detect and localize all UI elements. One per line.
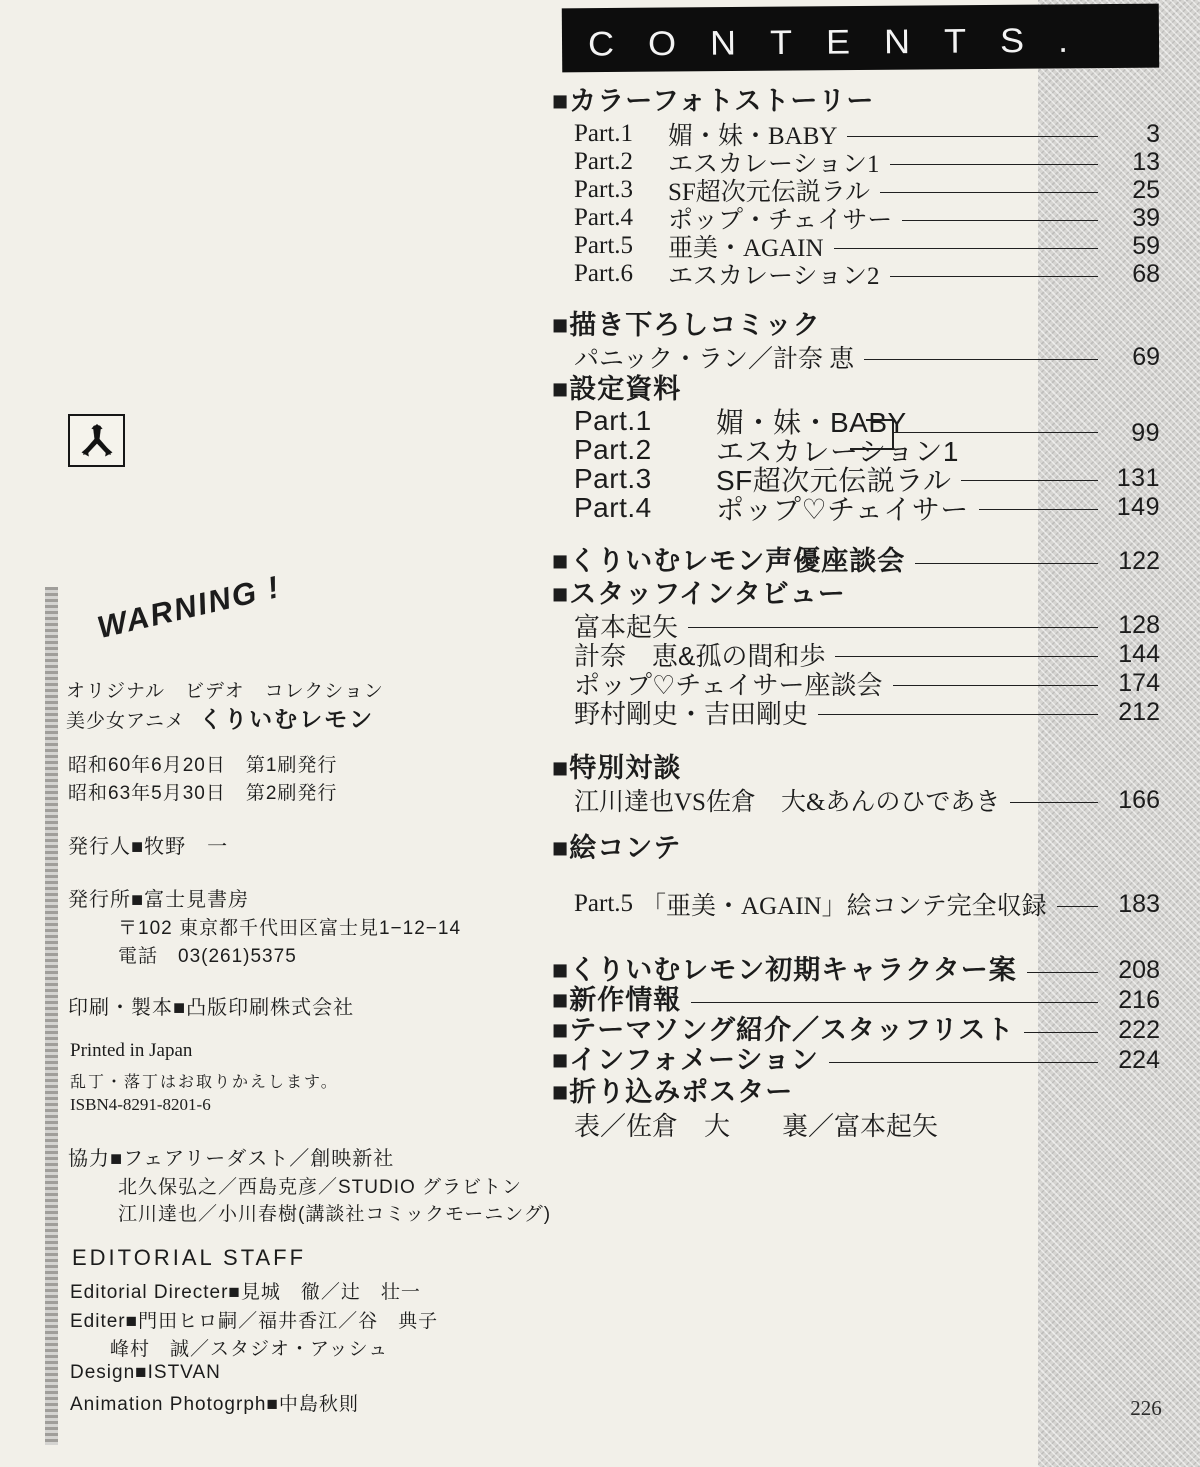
page-number: 226 [1118, 1396, 1174, 1421]
section-title-staff-interview: ■スタッフインタビュー [552, 579, 1160, 609]
toc-entry-theme-song: ■テーマソング紹介／スタッフリスト 222 [552, 1015, 1160, 1045]
toc-entry-part: Part.5 [574, 890, 633, 918]
section-title-shoki-character: ■くりいむレモン初期キャラクター案 [552, 957, 1017, 984]
leader-line [880, 192, 1098, 193]
cooperation-line-1: 協力■フェアリーダスト／創映新社 [68, 1142, 394, 1171]
printed-in-japan: Printed in Japan [70, 1040, 192, 1062]
publisher-office: 発行所■富士見書房 [68, 883, 249, 912]
toc-entry-page: 174 [1104, 669, 1160, 698]
series-title-line: 美少女アニメくりいむレモン [66, 701, 374, 734]
publisher-mark-icon [77, 422, 117, 460]
editorial-staff-header: EDITORIAL STAFF [72, 1245, 306, 1271]
publisher-person: 発行人■牧野 一 [68, 830, 228, 859]
toc-entry-part: Part.4 [574, 492, 716, 524]
leader-line [834, 248, 1098, 249]
cooperation-line-3: 江川達也／小川春樹(講談社コミックモーニング) [118, 1199, 551, 1226]
toc-entry-title: 「亜美・AGAIN」絵コンテ完全収録 [641, 886, 1047, 922]
toc-entry-page: 149 [1104, 493, 1160, 522]
toc-entry-page: 122 [1104, 547, 1160, 576]
toc-entry-page: 224 [1104, 1046, 1160, 1075]
leader-line [915, 563, 1098, 564]
section-title-shinsaku-joho: ■新作情報 [552, 987, 681, 1014]
toc-entry-title: 江川達也VS佐倉 大&あんのひであき [574, 782, 1000, 818]
toc-entry-title: エスカレーション2 [668, 256, 880, 292]
toc-entry-page: 128 [1104, 611, 1160, 640]
toc-entry-page: 68 [1104, 260, 1160, 289]
toc-entry: Part.4 ポップ・チェイサー 39 [574, 204, 1160, 232]
section-title-theme-song: ■テーマソング紹介／スタッフリスト [552, 1017, 1014, 1044]
leader-line [893, 685, 1098, 686]
toc-entry-shoki-character: ■くりいむレモン初期キャラクター案 208 [552, 955, 1160, 985]
toc-entry-page: 222 [1104, 1016, 1160, 1045]
toc-entry-page: 212 [1104, 698, 1160, 727]
toc-entry: 江川達也VS佐倉 大&あんのひであき 166 [574, 785, 1160, 815]
settei-shiryo-items: Part.1 媚・妹・BABY Part.2 エスカレーション1 Part.3 … [552, 406, 1160, 522]
toc-entry-title: 野村剛史・吉田剛史 [574, 694, 808, 731]
toc-entry: 野村剛史・吉田剛史 212 [574, 698, 1160, 727]
toc-entry-part: Part.1 [574, 405, 716, 437]
leader-line [1057, 906, 1098, 907]
table-of-contents: ■カラーフォトストーリー Part.1 媚・妹・BABY 3 Part.2 エス… [552, 84, 1160, 1139]
left-texture-stripe [45, 587, 58, 1445]
toc-entry-page: 166 [1104, 786, 1160, 815]
staff-line-4: Design■ISTVAN [70, 1362, 221, 1384]
toc-entry-part: Part.4 [574, 204, 668, 232]
section-title-color-photo-story: ■カラーフォトストーリー [552, 86, 1160, 116]
toc-entry-page: 25 [1104, 176, 1160, 205]
staff-line-2: Editer■門田ヒロ嗣／福井香江／谷 典子 [70, 1306, 438, 1333]
toc-entry-information: ■インフォメーション 224 [552, 1045, 1160, 1075]
section-title-ekonte: ■絵コンテ [552, 833, 1160, 863]
group-bracket [866, 419, 894, 450]
leader-line [835, 656, 1098, 657]
staff-line-5: Animation Photogrph■中島秋則 [70, 1389, 359, 1416]
publisher-address: 〒102 東京都千代田区富士見1−12−14 [118, 913, 461, 940]
staff-line-1: Editorial Directer■見城 徹／辻 壮一 [70, 1277, 421, 1304]
toc-entry-page: 69 [1104, 343, 1160, 372]
series-prefix: 美少女アニメ [66, 711, 185, 732]
toc-entry: Part.4 ポップ♡チェイサー 149 [574, 493, 1160, 522]
leader-line [961, 480, 1098, 481]
printing-line-2: 昭和63年5月30日 第2刷発行 [68, 778, 337, 805]
toc-entry-page: 144 [1104, 640, 1160, 669]
toc-entry-part: Part.3 [574, 463, 716, 495]
section-title-orikomi-poster: ■折り込みポスター [552, 1077, 1160, 1107]
staff-interview-items: 富本起矢 128 計奈 恵&孤の間和歩 144 ポップ♡チェイサー座談会 174 [552, 611, 1160, 727]
leader-line [829, 1062, 1098, 1063]
toc-entry: Part.5 「亜美・AGAIN」絵コンテ完全収録 183 [574, 889, 1160, 919]
toc-entry-page: 13 [1104, 148, 1160, 177]
staff-line-3: 峰村 誠／スタジオ・アッシュ [110, 1334, 388, 1361]
toc-entry-part: Part.2 [574, 434, 716, 466]
group-bracket-stub [850, 448, 892, 450]
toc-entry-page: 59 [1104, 232, 1160, 261]
poster-credits: 表／佐倉 大 裏／富本起矢 [574, 1109, 1160, 1139]
leader-line [890, 276, 1098, 277]
leader-line [864, 359, 1098, 360]
series-line: オリジナル ビデオ コレクション [66, 676, 384, 703]
toc-entry-page: 216 [1104, 986, 1160, 1015]
returns-notice: 乱丁・落丁はお取りかえします。 [70, 1069, 339, 1092]
toc-entry-page: 39 [1104, 204, 1160, 233]
toc-entry-part: Part.3 [574, 176, 668, 204]
toc-entry-seiyu-zadankai: ■くりいむレモン声優座談会 122 [552, 546, 1160, 576]
toc-entry: パニック・ラン／計奈 恵 69 [574, 342, 1160, 372]
group-page: 99 [1104, 419, 1160, 448]
contents-header-bar: CONTENTS. [562, 4, 1159, 73]
toc-entry-page: 131 [1104, 464, 1160, 493]
leader-line [1024, 1032, 1098, 1033]
printer-line: 印刷・製本■凸版印刷株式会社 [68, 991, 354, 1020]
leader-line [691, 1002, 1098, 1003]
leader-line [902, 220, 1098, 221]
toc-entry-part: Part.6 [574, 260, 668, 288]
warning-label: WARNING ! [94, 569, 284, 646]
toc-page: CONTENTS. ■カラーフォトストーリー Part.1 媚・妹・BABY 3… [0, 0, 1200, 1467]
toc-entry-page: 3 [1104, 120, 1160, 149]
leader-line [818, 714, 1098, 715]
contents-title: CONTENTS. [588, 20, 1102, 64]
toc-entry-title: ポップ♡チェイサー [716, 488, 969, 528]
section-title-information: ■インフォメーション [552, 1047, 819, 1074]
section-title-settei-shiryo: ■設定資料 [552, 374, 1160, 404]
section-title-comic: ■描き下ろしコミック [552, 310, 1160, 340]
toc-entry-title: パニック・ラン／計奈 恵 [574, 339, 854, 375]
isbn: ISBN4-8291-8201-6 [70, 1095, 211, 1115]
publisher-phone: 電話 03(261)5375 [118, 941, 297, 968]
toc-entry: Part.6 エスカレーション2 68 [574, 260, 1160, 288]
publisher-logo [68, 414, 125, 467]
toc-entry-part: Part.2 [574, 148, 668, 176]
leader-line [688, 627, 1098, 628]
section-title-seiyu-zadankai: ■くりいむレモン声優座談会 [552, 548, 905, 575]
series-title: くりいむレモン [199, 706, 374, 732]
leader-line [1027, 972, 1098, 973]
toc-entry-part: Part.5 [574, 232, 668, 260]
color-photo-story-items: Part.1 媚・妹・BABY 3 Part.2 エスカレーション1 13 Pa… [552, 120, 1160, 288]
cooperation-line-2: 北久保弘之／西島克彦／STUDIO グラビトン [118, 1172, 522, 1199]
printing-line-1: 昭和60年6月20日 第1刷発行 [68, 750, 337, 777]
toc-entry-shinsaku-joho: ■新作情報 216 [552, 985, 1160, 1015]
toc-entry-page: 183 [1104, 890, 1160, 919]
group-leader-line [894, 432, 1098, 433]
leader-line [1010, 802, 1098, 803]
leader-line [979, 509, 1098, 510]
toc-entry-page: 208 [1104, 956, 1160, 985]
leader-line [847, 136, 1098, 137]
toc-entry-part: Part.1 [574, 120, 668, 148]
section-title-tokubetsu-taidan: ■特別対談 [552, 753, 1160, 783]
leader-line [890, 164, 1098, 165]
